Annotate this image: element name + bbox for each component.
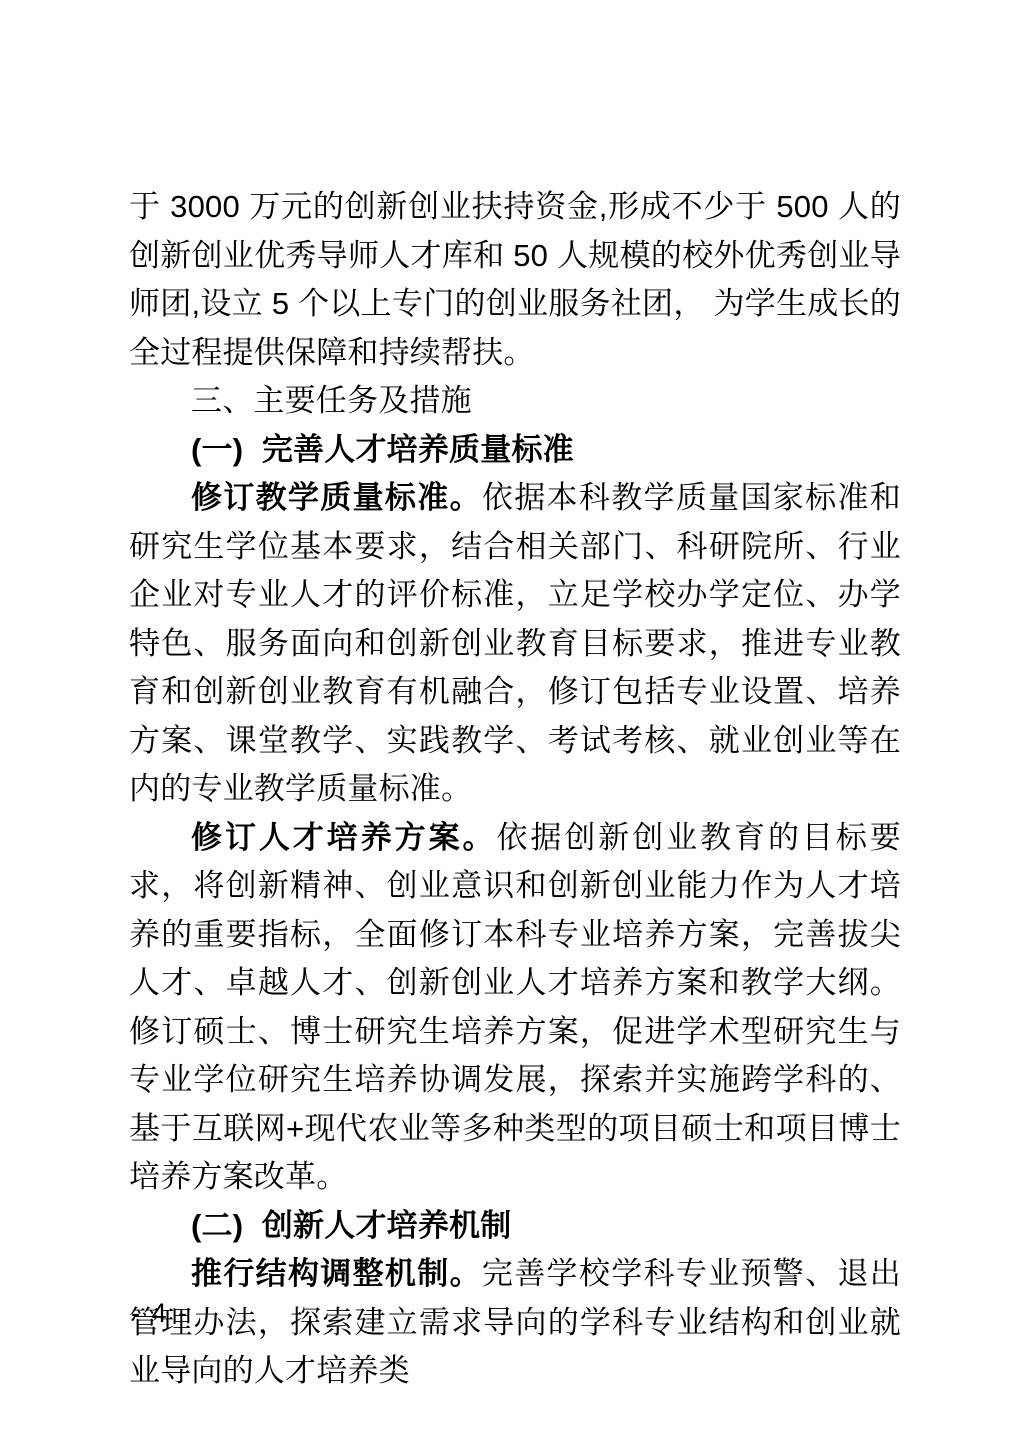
paragraph-1-body: 依据本科教学质量国家标准和研究生学位基本要求，结合相关部门、科研院所、行业企业对… <box>129 480 901 806</box>
paragraph-2-lead: 修订人才培养方案。 <box>191 820 496 855</box>
document-body: 于 3000 万元的创新创业扶持资金,形成不少于 500 人的创新创业优秀导师人… <box>129 183 901 1396</box>
paragraph-3-lead: 推行结构调整机制。 <box>191 1256 482 1291</box>
subsection-heading-2: (二)创新人才培养机制 <box>129 1202 901 1251</box>
document-page: 于 3000 万元的创新创业扶持资金,形成不少于 500 人的创新创业优秀导师人… <box>0 0 1024 1447</box>
page-number: - 4 - <box>131 1293 189 1333</box>
paragraph-revise-teaching-standards: 修订教学质量标准。依据本科教学质量国家标准和研究生学位基本要求，结合相关部门、科… <box>129 474 901 814</box>
paragraph-1-lead: 修订教学质量标准。 <box>191 480 482 515</box>
paragraph-2-body: 依据创新创业教育的目标要求，将创新精神、创业意识和创新创业能力作为人才培养的重要… <box>129 820 901 1195</box>
paragraph-continuation: 于 3000 万元的创新创业扶持资金,形成不少于 500 人的创新创业优秀导师人… <box>129 183 901 377</box>
section-heading-main-tasks: 三、主要任务及措施 <box>129 377 901 426</box>
subsection-heading-1: (一)完善人才培养质量标准 <box>129 426 901 475</box>
paragraph-structure-adjustment: 推行结构调整机制。完善学校学科专业预警、退出管理办法，探索建立需求导向的学科专业… <box>129 1250 901 1396</box>
subsection-2-title: 创新人才培养机制 <box>262 1208 512 1243</box>
subsection-2-number: (二) <box>191 1208 243 1243</box>
subsection-1-number: (一) <box>191 432 243 467</box>
paragraph-revise-training-plans: 修订人才培养方案。依据创新创业教育的目标要求，将创新精神、创业意识和创新创业能力… <box>129 814 901 1202</box>
subsection-1-title: 完善人才培养质量标准 <box>262 432 574 467</box>
